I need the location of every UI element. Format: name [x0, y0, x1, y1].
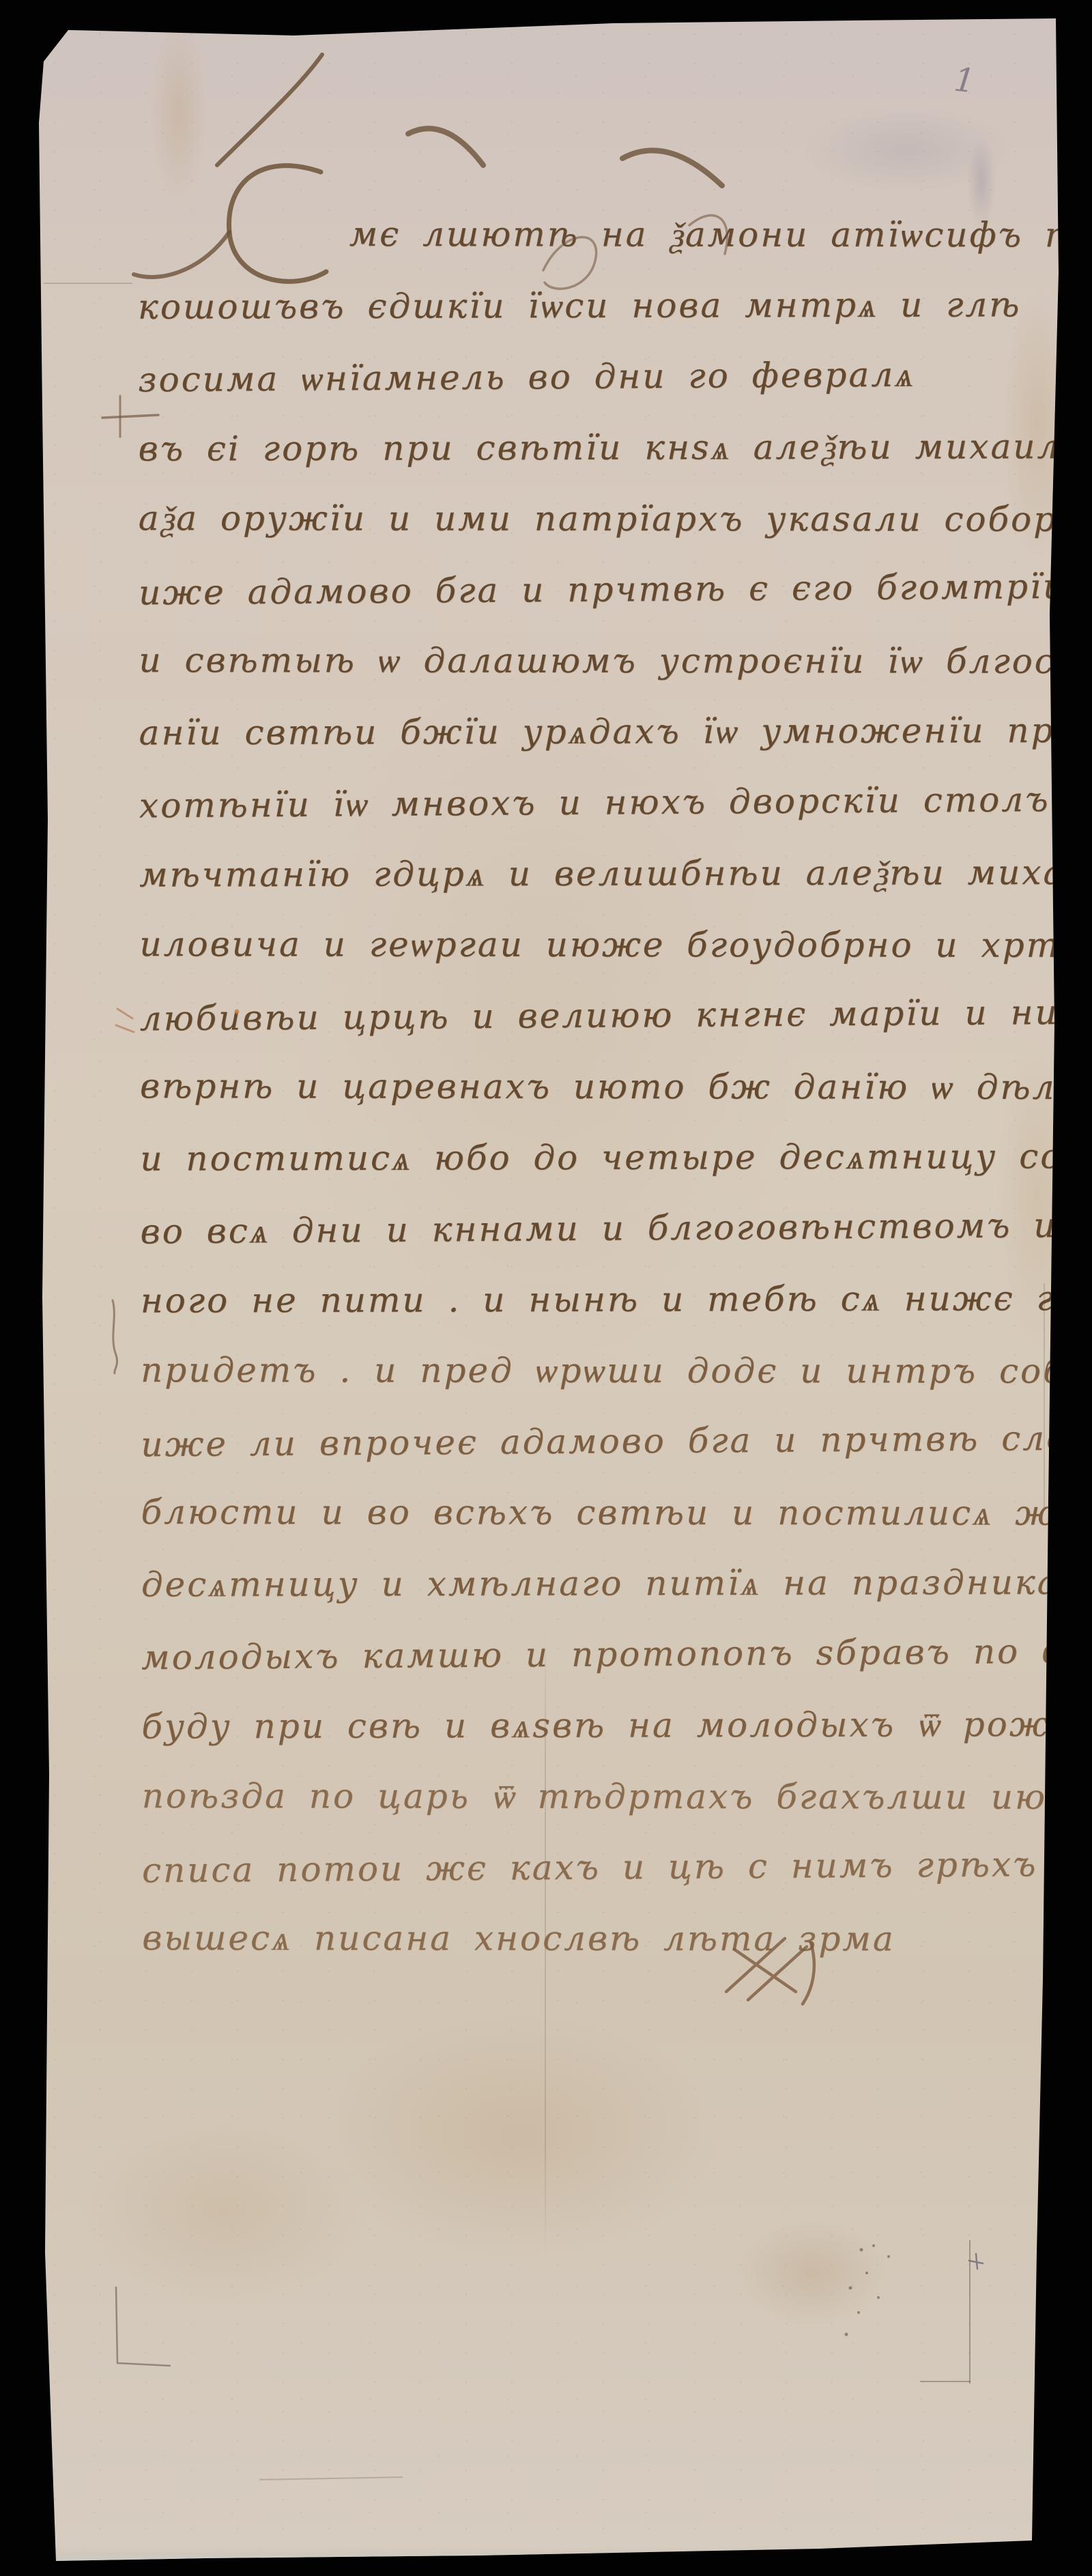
manuscript-line: буду при свѣ и вѧѕвѣ на молодыхъ ѿ рожде… — [141, 1689, 1015, 1762]
page-number: 1 — [952, 61, 977, 101]
manuscript-line: вѣрнѣ и царевнахъ июто бж данїю ѡ дѣланї… — [140, 1050, 1014, 1123]
red-margin-marks-icon — [116, 1009, 134, 1032]
manuscript-line: иловича и геѡргаи июже бгоудобрно и хрта… — [139, 908, 1013, 981]
pencil-plus-icon — [969, 2254, 983, 2269]
manuscript-text: мє лшютѣ на ѯамони атїѡсифъ патрїархъ ко… — [138, 198, 1016, 1975]
manuscript-line: десѧтницу и хмѣлнаго питїѧ на праздниках… — [141, 1547, 1015, 1620]
manuscript-line: придетъ . и пред ѡрѡши додє и интръ собо… — [141, 1334, 1014, 1407]
manuscript-line: зосима ѡнїамнель во дни го февралѧ — [138, 339, 1012, 416]
manuscript-line: анїи свтѣи бжїи урѧдахъ їѡ умноженїи про — [139, 695, 1013, 768]
corner-crease — [969, 2240, 971, 2384]
manuscript-line: аѯа оружїи и ими патрїархъ укаѕали собор… — [139, 483, 1012, 555]
photo-background: 1 мє лшютѣ на ѯамони атїѡсифъ патрїархъ … — [0, 0, 1092, 2576]
manuscript-line: любивѣи црцѣ и велиюю кнгнє марїи и нише… — [139, 977, 1014, 1055]
manuscript-line: въ єі горѣ при свѣтїи кнѕѧ алеѯѣи михаил… — [138, 411, 1011, 484]
manuscript-line: иже адамово бга и прчтвѣ є єго бгомтрїи — [139, 552, 1013, 629]
bottom-crease — [259, 2476, 403, 2480]
manuscript-line: иже ли впрочеє адамово бга и прчтвѣ слоб… — [141, 1403, 1015, 1480]
manuscript-line: блюсти и во всѣхъ свтѣи и постилисѧ же б… — [141, 1476, 1015, 1549]
manuscript-line: поѣзда по царь ѿ тѣдртахъ бгахълши июпо — [142, 1760, 1016, 1833]
left-edge-crease — [44, 283, 132, 284]
manuscript-line: мѣчтанїю гдцрѧ и велишбнѣи алеѯѣи миха — [139, 837, 1013, 910]
manuscript-line: кошошъвъ єдшкїи їѡси нова мнтрѧ и глѣ — [138, 269, 1011, 342]
margin-squiggle-icon — [113, 1300, 117, 1373]
manuscript-line: мє лшютѣ на ѯамони атїѡсифъ патрїархъ — [349, 199, 1011, 270]
parchment-sheet: 1 мє лшютѣ на ѯамони атїѡсифъ патрїархъ … — [0, 0, 1092, 2576]
manuscript-line: во всѧ дни и кннами и блгоговѣнствомъ и … — [140, 1190, 1014, 1268]
manuscript-line: молодыхъ камшю и протопопъ ѕбравъ по всѣ… — [141, 1616, 1016, 1693]
manuscript-line: ного не пити . и нынѣ и тебѣ сѧ нижє гра… — [141, 1263, 1014, 1336]
manuscript-line: и свѣтыѣ ѡ далашюмъ устроєнїи їѡ блгосло — [139, 625, 1012, 697]
manuscript-line: хотѣнїи їѡ мнвохъ и нюхъ дворскїи столъ — [139, 764, 1014, 842]
manuscript-line: списа потои жє кахъ и цѣ с нимъ грѣхъ им… — [142, 1829, 1016, 1906]
score-line-icon — [116, 2287, 171, 2366]
corner-crease-horizontal — [920, 2381, 971, 2382]
manuscript-line: и поститисѧ юбо до четыре десѧтницу со в… — [140, 1121, 1014, 1194]
manuscript-line: вышесѧ писана хнослвѣ лѣта зрма — [142, 1902, 1016, 1975]
bottom-deckle-edge — [57, 2552, 1013, 2561]
speckle-cluster — [845, 2244, 891, 2336]
